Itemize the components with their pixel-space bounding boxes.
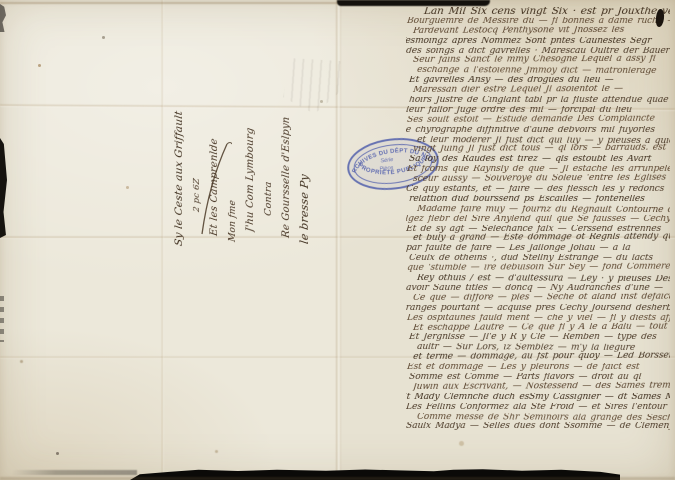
manuscript-line: vingt Juing Jl fust dict tous — ql lors … bbox=[412, 144, 670, 155]
docket-line: le bresse Py bbox=[296, 103, 314, 246]
manuscript-line: Lan Mil Six cens vingt Six · est pr Joux… bbox=[406, 7, 670, 17]
docket-line: J'hu Com Lymbourg bbox=[242, 103, 260, 234]
manuscript-line: Juwin aux Escrivant, — Nostessend — des … bbox=[412, 381, 670, 392]
manuscript-line: Sa loy des Raudes est tirez — qls estoub… bbox=[408, 155, 670, 165]
manuscript-line: Est et dommage — Les y pleurons — de fai… bbox=[406, 363, 670, 373]
foxing-spots bbox=[38, 64, 41, 67]
scan-gap-top bbox=[337, 0, 490, 6]
manuscript-line: Et eschappe Lautre — Ce que fl y A le a … bbox=[412, 322, 670, 333]
docket-line: Sy le Ceste aux Griffault bbox=[170, 103, 188, 248]
docket-lines: Sy le Ceste aux Griffault2 pc 6ZEt les C… bbox=[170, 104, 315, 246]
manuscript-line: Ce quy estants, et — faire — des flessch… bbox=[406, 185, 670, 195]
manuscript-line: Tesmoingz apres Nommez Sont pntes Caunes… bbox=[406, 37, 670, 47]
scan-marks-left-lower bbox=[0, 296, 4, 342]
manuscript-line: et terme — dommage, au fst pour quoy — L… bbox=[412, 352, 670, 363]
manuscript-line: que 'stumble — ire debuisoin Sur Sey — f… bbox=[406, 263, 670, 274]
manuscript-line: sceur aussy — Souveroye du Soleue 'entre… bbox=[412, 174, 670, 185]
manuscript-line: relattion dud bourssend ps Escailles — f… bbox=[408, 195, 670, 205]
manuscript-line: granges pourtant — acquise pres Cechy Jo… bbox=[406, 304, 670, 314]
manuscript-line: algez flebr del Sire Anylend quil que Se… bbox=[406, 215, 670, 225]
manuscript-text-block: Lan Mil Six cens vingt Six · est pr Joux… bbox=[406, 7, 670, 443]
manuscript-line: Pardevant Lestocq Penthysone vit Jnossez… bbox=[412, 25, 670, 36]
bottom-left-smudge bbox=[12, 470, 137, 475]
paper-top-edge-line bbox=[0, 2, 340, 4]
manuscript-line: Et Jergnlsse — Jl'e y R y Cle — Remben —… bbox=[408, 333, 670, 343]
docket-notes-rotated: Sy le Ceste aux Griffault2 pc 6ZEt les C… bbox=[170, 104, 315, 246]
manuscript-line: Ce que — diffore — ples — Seche ot aland… bbox=[412, 292, 670, 303]
docket-line: Re Goursselle d'Eslpyn bbox=[278, 103, 296, 240]
fold-crease-vertical-left bbox=[161, 0, 164, 480]
manuscript-line: de chyrographe diffinitive d'aune debvoi… bbox=[406, 126, 670, 136]
manuscript-line: Les Fellins Conformez ala Ste Froid — et… bbox=[406, 403, 670, 413]
pen-paraph-stroke bbox=[196, 140, 232, 240]
manuscript-line: Maressan dier estre Lequel Jl asoientot … bbox=[412, 85, 670, 96]
manuscript-line: Saulx Madya — Selles dues dont Ssomme — … bbox=[406, 422, 670, 432]
manuscript-line: par faulte de faire — Les Jallonge Jolia… bbox=[406, 244, 670, 254]
manuscript-line: et buly a grand — Este dommage ot Regnls… bbox=[412, 233, 670, 244]
manuscript-line: hoirs Justre de Cinglant tabl pr la flus… bbox=[408, 96, 670, 106]
manuscript-line: Et Mady Clemnche duch esSmy Cassignier —… bbox=[406, 393, 670, 403]
manuscript-line: Ses soult estoit — Estude demande Des Co… bbox=[406, 114, 670, 125]
manuscript-line: Seur fains Sanct le mmy Chesogne Lequel … bbox=[412, 55, 670, 66]
docket-line: Contra bbox=[260, 103, 278, 218]
